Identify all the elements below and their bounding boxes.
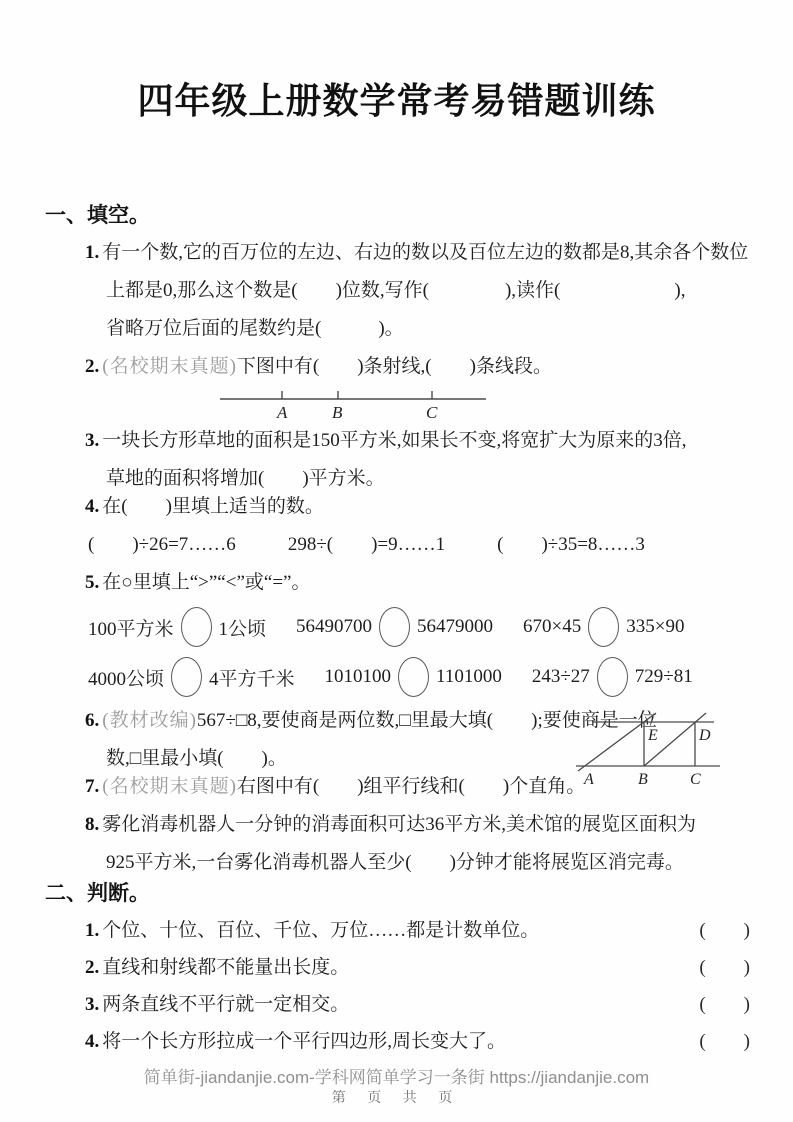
comparison-right: 1公顷 — [219, 614, 267, 641]
comparison-right: 56479000 — [417, 616, 493, 638]
question-number: 3. — [85, 430, 99, 451]
question-4-line-1: 4.在( )里填上适当的数。 — [0, 488, 793, 526]
question-number: 8. — [85, 814, 99, 835]
question-text: 一块长方形草地的面积是150平方米,如果长不变,将宽扩大为原来的3倍, — [102, 430, 686, 451]
point-label-c: C — [690, 771, 701, 788]
judge-text: 2.直线和射线都不能量出长度。 — [85, 949, 699, 986]
comparison-left: 100平方米 — [88, 614, 174, 641]
comparison-circle — [597, 657, 628, 697]
comparison-item: 100平方米1公顷 — [88, 607, 266, 647]
judge-item-2: 2.直线和射线都不能量出长度。 ( ) — [0, 949, 793, 986]
comparison-item: 10101001101000 — [325, 657, 502, 697]
comparison-left: 56490700 — [296, 616, 372, 638]
page-title: 四年级上册数学常考易错题训练 — [0, 0, 793, 124]
number-line-diagram: A B C — [218, 386, 498, 422]
question-8-line-1: 8.雾化消毒机器人一分钟的消毒面积可达36平方米,美术馆的展览区面积为 — [0, 806, 793, 844]
comparison-row-2: 4000公顷4平方千米 10101001101000 243÷27729÷81 — [0, 652, 793, 702]
question-number: 5. — [85, 572, 99, 593]
question-text: 在○里填上“>”“<”或“=”。 — [102, 572, 310, 593]
question-text: 将一个长方形拉成一个平行四边形,周长变大了。 — [102, 1031, 506, 1052]
question-number: 3. — [85, 994, 99, 1015]
point-label-b: B — [332, 403, 343, 422]
question-text: 雾化消毒机器人一分钟的消毒面积可达36平方米,美术馆的展览区面积为 — [102, 814, 696, 835]
equation-blank-1: ( )÷26=7……6 — [88, 526, 236, 564]
question-1-line-1: 1.有一个数,它的百万位的左边、右边的数以及百位左边的数都是8,其余各个数位 — [0, 234, 793, 272]
answer-blank: ( ) — [699, 912, 750, 949]
parallel-lines-figure: A B C E D — [576, 708, 726, 792]
point-label-e: E — [647, 727, 658, 744]
question-3-line-1: 3.一块长方形草地的面积是150平方米,如果长不变,将宽扩大为原来的3倍, — [0, 422, 793, 460]
comparison-left: 243÷27 — [532, 666, 590, 688]
question-4-equations: ( )÷26=7……6 298÷( )=9……1 ( )÷35=8……3 — [0, 526, 793, 564]
comparison-row-1: 100平方米1公顷 5649070056479000 670×45335×90 — [0, 602, 793, 652]
source-tag: (教材改编) — [102, 710, 197, 731]
question-number: 6. — [85, 710, 99, 731]
equation-blank-2: 298÷( )=9……1 — [288, 526, 445, 564]
question-text: 有一个数,它的百万位的左边、右边的数以及百位左边的数都是8,其余各个数位 — [102, 242, 748, 263]
comparison-right: 335×90 — [626, 616, 684, 638]
comparison-right: 729÷81 — [635, 666, 693, 688]
point-label-d: D — [698, 727, 711, 744]
judge-item-3: 3.两条直线不平行就一定相交。 ( ) — [0, 986, 793, 1023]
question-number: 4. — [85, 1031, 99, 1052]
question-1-line-2: 上都是0,那么这个数是( )位数,写作( ),读作( ), — [0, 272, 793, 310]
answer-blank: ( ) — [699, 1023, 750, 1060]
comparison-right: 4平方千米 — [209, 664, 295, 691]
question-text: 下图中有( )条射线,( )条线段。 — [237, 356, 552, 377]
comparison-item: 243÷27729÷81 — [532, 657, 693, 697]
question-text: 右图中有( )组平行线和( )个直角。 — [237, 776, 585, 797]
comparison-circle — [379, 607, 410, 647]
comparison-circle — [588, 607, 619, 647]
comparison-left: 4000公顷 — [88, 664, 164, 691]
point-label-b: B — [638, 771, 648, 788]
judge-text: 4.将一个长方形拉成一个平行四边形,周长变大了。 — [85, 1023, 699, 1060]
worksheet-page: 四年级上册数学常考易错题训练 一、填空。 1.有一个数,它的百万位的左边、右边的… — [0, 0, 793, 1122]
question-text: 在( )里填上适当的数。 — [102, 496, 324, 517]
judge-item-1: 1.个位、十位、百位、千位、万位……都是计数单位。 ( ) — [0, 912, 793, 949]
question-2-line-1: 2.(名校期末真题)下图中有( )条射线,( )条线段。 — [0, 348, 793, 386]
question-number: 1. — [85, 920, 99, 941]
point-label-a: A — [276, 403, 288, 422]
question-number: 2. — [85, 356, 99, 377]
comparison-left: 670×45 — [523, 616, 581, 638]
question-text: 两条直线不平行就一定相交。 — [102, 994, 349, 1015]
question-5-line-1: 5.在○里填上“>”“<”或“=”。 — [0, 564, 793, 602]
footer-watermark: 简单街-jiandanjie.com-学科网简单学习一条街 https://ji… — [0, 1068, 793, 1088]
comparison-item: 670×45335×90 — [523, 607, 684, 647]
comparison-item: 5649070056479000 — [296, 607, 493, 647]
equation-blank-3: ( )÷35=8……3 — [497, 526, 645, 564]
source-tag: (名校期末真题) — [102, 776, 237, 797]
question-number: 7. — [85, 776, 99, 797]
point-label-c: C — [426, 403, 438, 422]
comparison-right: 1101000 — [436, 666, 502, 688]
source-tag: (名校期末真题) — [102, 356, 237, 377]
question-number: 4. — [85, 496, 99, 517]
question-number: 2. — [85, 957, 99, 978]
answer-blank: ( ) — [699, 949, 750, 986]
answer-blank: ( ) — [699, 986, 750, 1023]
judge-item-4: 4.将一个长方形拉成一个平行四边形,周长变大了。 ( ) — [0, 1023, 793, 1060]
section-heading-fill: 一、填空。 — [0, 196, 793, 234]
judge-text: 3.两条直线不平行就一定相交。 — [85, 986, 699, 1023]
question-text: 直线和射线都不能量出长度。 — [102, 957, 349, 978]
question-number: 1. — [85, 242, 99, 263]
comparison-circle — [398, 657, 429, 697]
question-1-line-3: 省略万位后面的尾数约是( )。 — [0, 310, 793, 348]
comparison-item: 4000公顷4平方千米 — [88, 657, 295, 697]
comparison-left: 1010100 — [325, 666, 392, 688]
point-label-a: A — [583, 771, 594, 788]
page-number: 第 页 共 页 — [0, 1090, 793, 1108]
comparison-circle — [181, 607, 212, 647]
judge-text: 1.个位、十位、百位、千位、万位……都是计数单位。 — [85, 912, 699, 949]
question-text: 个位、十位、百位、千位、万位……都是计数单位。 — [102, 920, 539, 941]
comparison-circle — [171, 657, 202, 697]
